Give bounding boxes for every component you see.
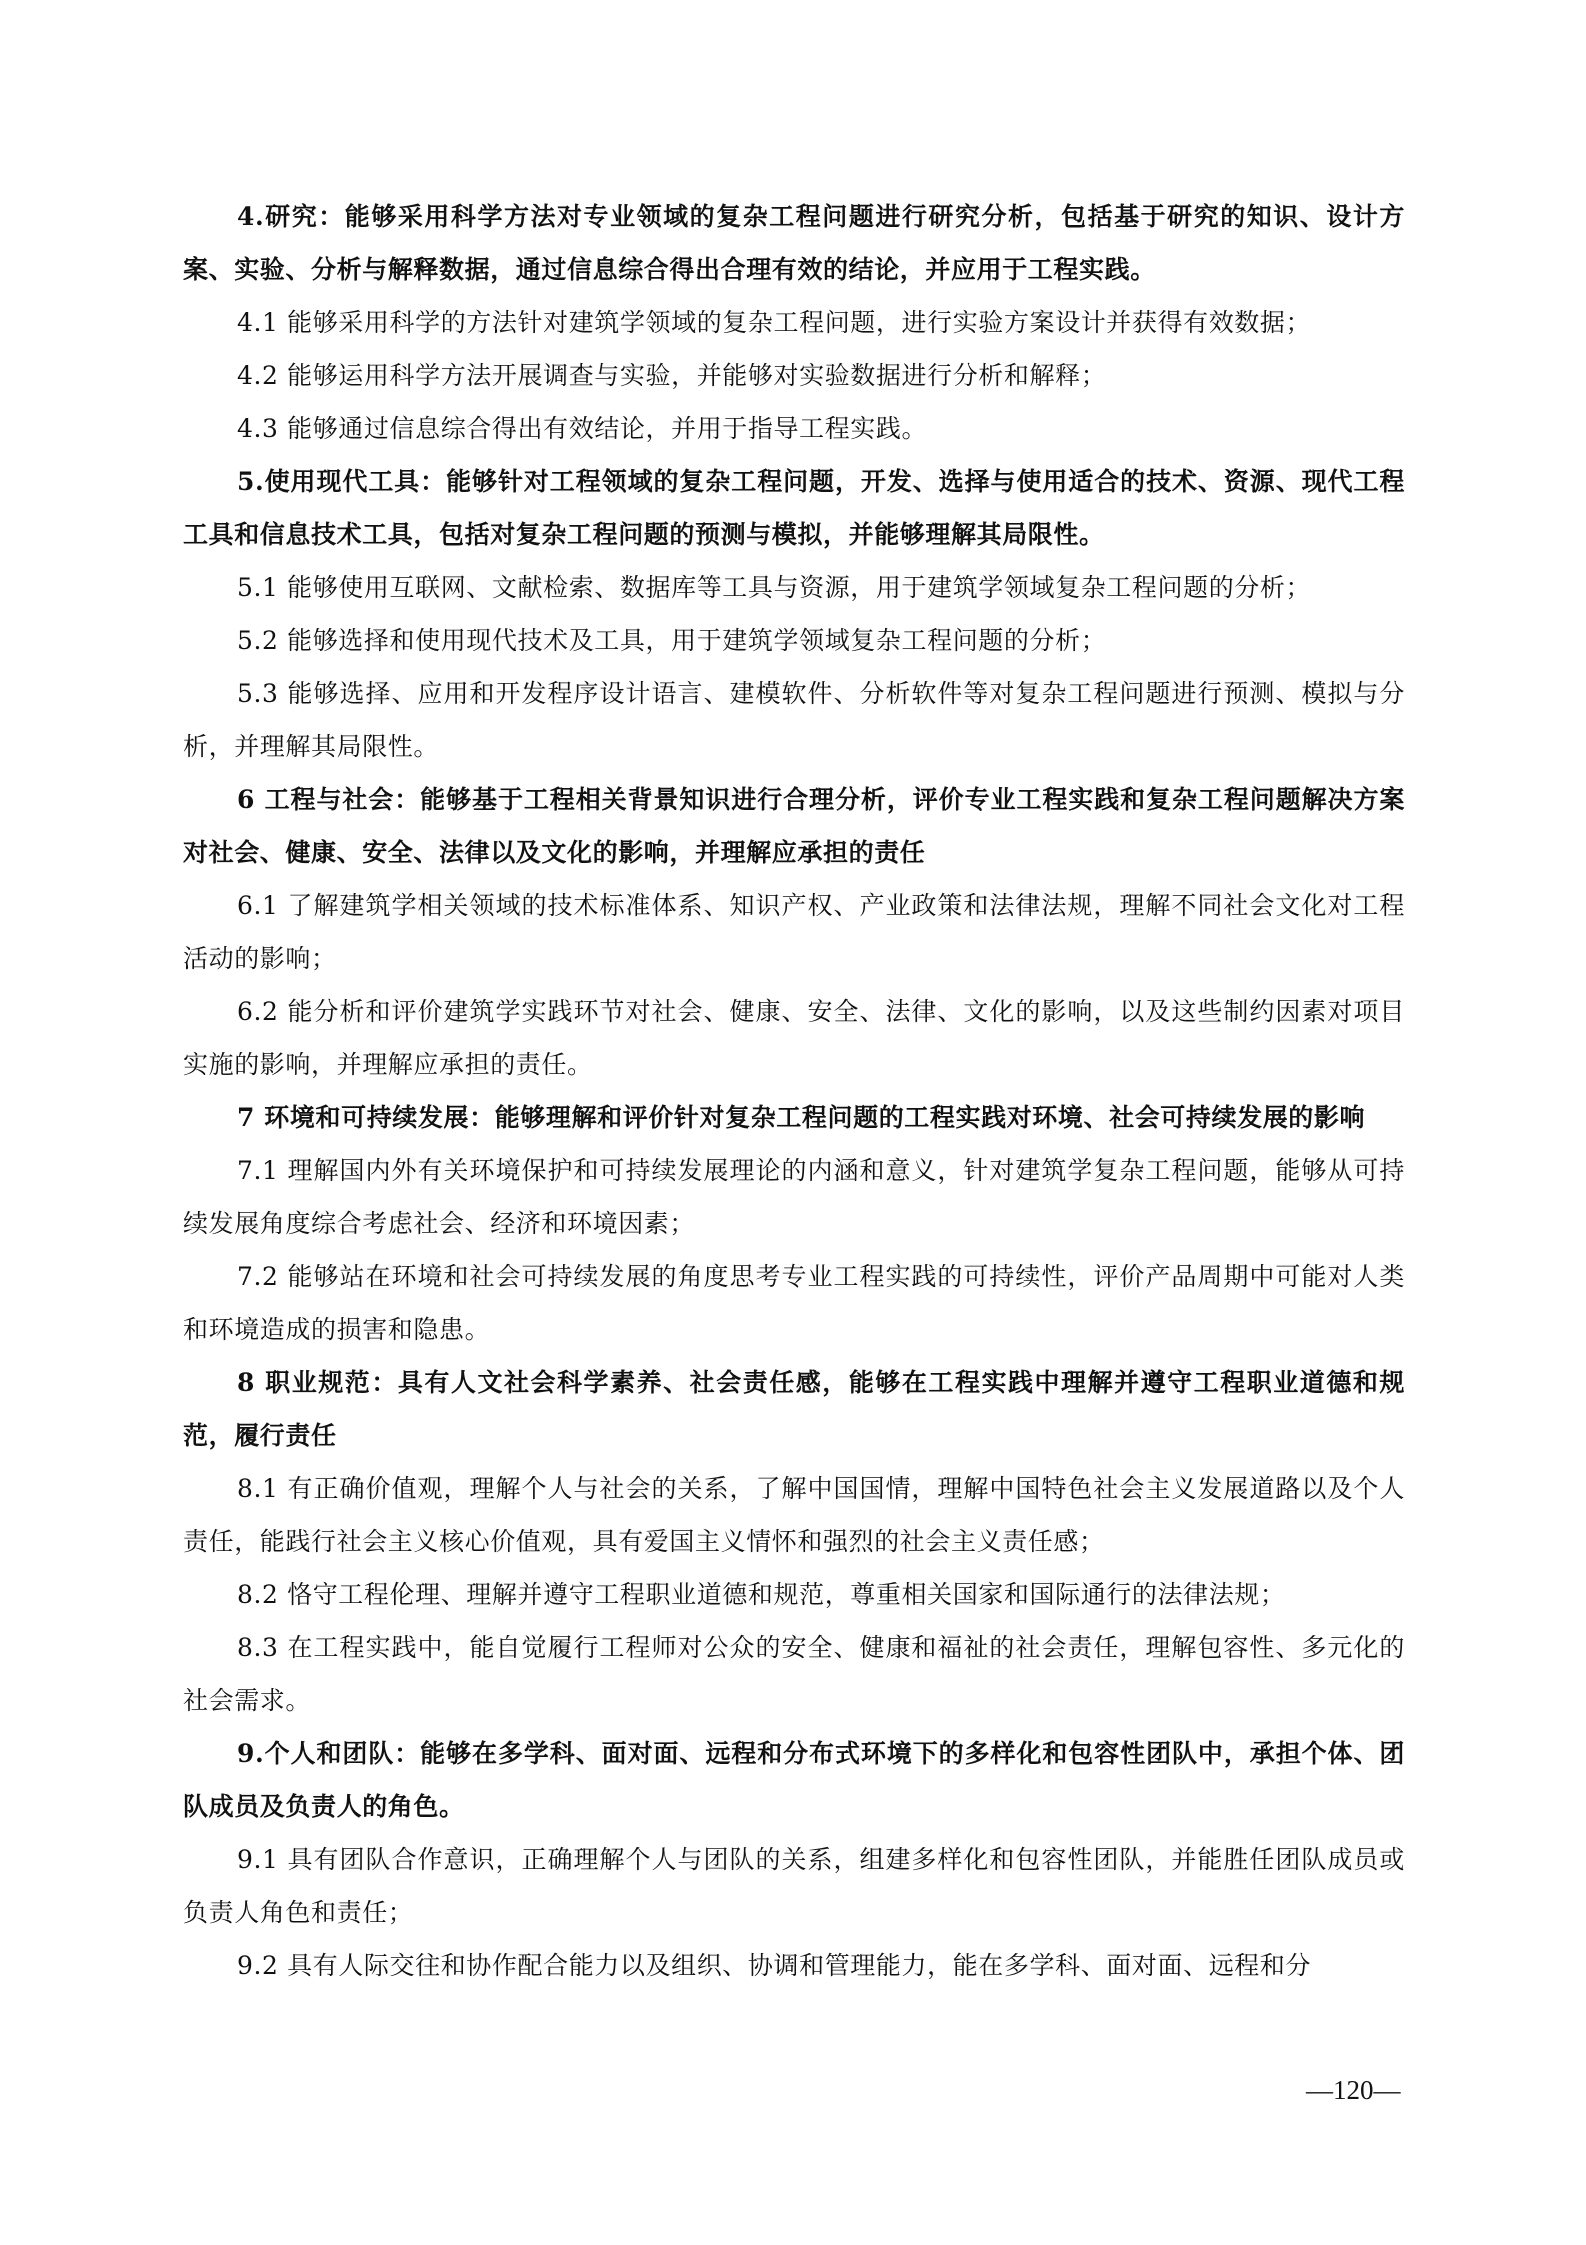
item-7-2: 7.2 能够站在环境和社会可持续发展的角度思考专业工程实践的可持续性，评价产品周…: [183, 1250, 1405, 1356]
item-8-2: 8.2 恪守工程伦理、理解并遵守工程职业道德和规范，尊重相关国家和国际通行的法律…: [183, 1568, 1405, 1621]
item-7-1: 7.1 理解国内外有关环境保护和可持续发展理论的内涵和意义，针对建筑学复杂工程问…: [183, 1144, 1405, 1250]
section-heading-4: 4.研究：能够采用科学方法对专业领域的复杂工程问题进行研究分析，包括基于研究的知…: [183, 190, 1405, 296]
page-number: —120—: [1306, 2075, 1401, 2106]
item-8-1: 8.1 有正确价值观，理解个人与社会的关系，了解中国国情，理解中国特色社会主义发…: [183, 1462, 1405, 1568]
item-8-3: 8.3 在工程实践中，能自觉履行工程师对公众的安全、健康和福祉的社会责任，理解包…: [183, 1621, 1405, 1727]
item-6-2: 6.2 能分析和评价建筑学实践环节对社会、健康、安全、法律、文化的影响，以及这些…: [183, 985, 1405, 1091]
item-4-3: 4.3 能够通过信息综合得出有效结论，并用于指导工程实践。: [183, 402, 1405, 455]
section-heading-9: 9.个人和团队：能够在多学科、面对面、远程和分布式环境下的多样化和包容性团队中，…: [183, 1727, 1405, 1833]
item-6-1: 6.1 了解建筑学相关领域的技术标准体系、知识产权、产业政策和法律法规，理解不同…: [183, 879, 1405, 985]
item-4-2: 4.2 能够运用科学方法开展调查与实验，并能够对实验数据进行分析和解释；: [183, 349, 1405, 402]
item-5-1: 5.1 能够使用互联网、文献检索、数据库等工具与资源，用于建筑学领域复杂工程问题…: [183, 561, 1405, 614]
section-heading-6: 6 工程与社会：能够基于工程相关背景知识进行合理分析，评价专业工程实践和复杂工程…: [183, 773, 1405, 879]
item-4-1: 4.1 能够采用科学的方法针对建筑学领域的复杂工程问题，进行实验方案设计并获得有…: [183, 296, 1405, 349]
item-5-2: 5.2 能够选择和使用现代技术及工具，用于建筑学领域复杂工程问题的分析；: [183, 614, 1405, 667]
section-heading-5: 5.使用现代工具：能够针对工程领域的复杂工程问题，开发、选择与使用适合的技术、资…: [183, 455, 1405, 561]
section-heading-8: 8 职业规范：具有人文社会科学素养、社会责任感，能够在工程实践中理解并遵守工程职…: [183, 1356, 1405, 1462]
item-9-2: 9.2 具有人际交往和协作配合能力以及组织、协调和管理能力，能在多学科、面对面、…: [183, 1939, 1405, 1992]
document-body: 4.研究：能够采用科学方法对专业领域的复杂工程问题进行研究分析，包括基于研究的知…: [183, 190, 1405, 1992]
item-9-1: 9.1 具有团队合作意识，正确理解个人与团队的关系，组建多样化和包容性团队，并能…: [183, 1833, 1405, 1939]
item-5-3: 5.3 能够选择、应用和开发程序设计语言、建模软件、分析软件等对复杂工程问题进行…: [183, 667, 1405, 773]
section-heading-7: 7 环境和可持续发展：能够理解和评价针对复杂工程问题的工程实践对环境、社会可持续…: [183, 1091, 1405, 1144]
